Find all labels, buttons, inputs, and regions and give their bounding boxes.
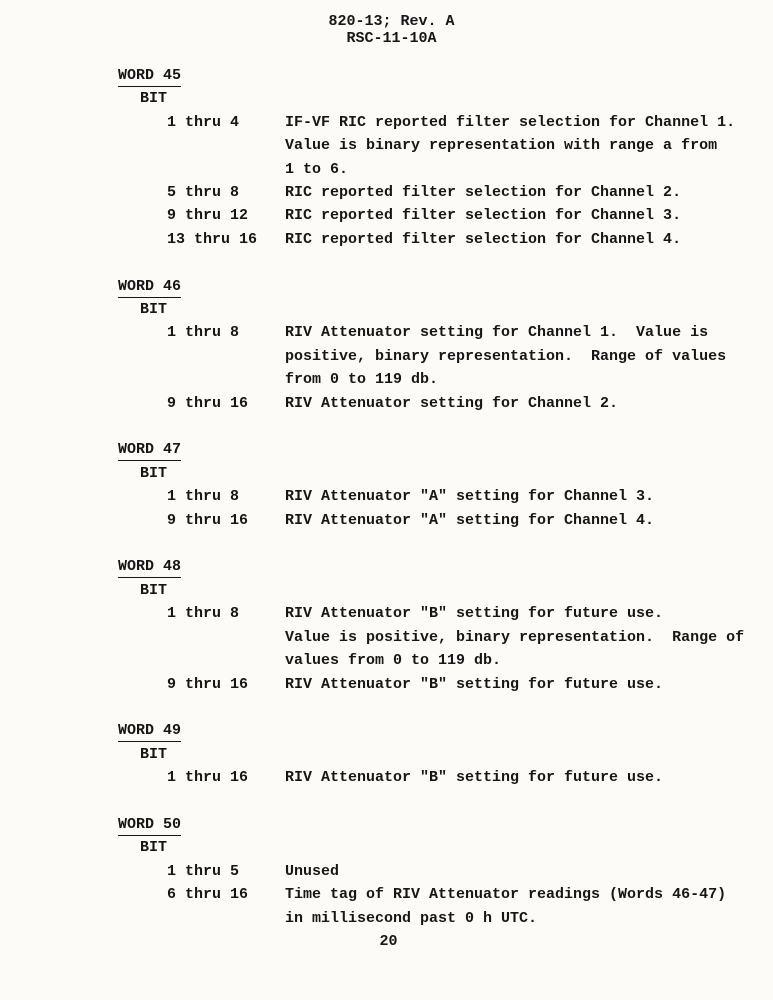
description-line: RIV Attenuator "A" setting for Channel 3… bbox=[285, 485, 773, 508]
description-line: Unused bbox=[285, 860, 773, 883]
word-heading: WORD 49 bbox=[118, 719, 773, 742]
section-word-49: WORD 49 BIT 1 thru 16 RIV Attenuator "B"… bbox=[118, 719, 773, 789]
description-line: RIV Attenuator "A" setting for Channel 4… bbox=[285, 509, 773, 532]
bit-description: Time tag of RIV Attenuator readings (Wor… bbox=[285, 883, 773, 930]
section-word-48: WORD 48 BIT 1 thru 8 RIV Attenuator "B" … bbox=[118, 555, 773, 695]
word-heading-text: WORD 46 bbox=[118, 276, 181, 298]
bit-description: RIV Attenuator "B" setting for future us… bbox=[285, 673, 773, 696]
bit-range: 1 thru 8 bbox=[167, 485, 285, 508]
bit-entry: 1 thru 8 RIV Attenuator setting for Chan… bbox=[167, 321, 773, 391]
bit-entry: 9 thru 16 RIV Attenuator "B" setting for… bbox=[167, 673, 773, 696]
section-word-46: WORD 46 BIT 1 thru 8 RIV Attenuator sett… bbox=[118, 275, 773, 415]
bit-description: RIV Attenuator setting for Channel 1. Va… bbox=[285, 321, 773, 391]
bit-range: 6 thru 16 bbox=[167, 883, 285, 930]
bit-entry: 9 thru 12 RIC reported filter selection … bbox=[167, 204, 773, 227]
bit-range: 1 thru 8 bbox=[167, 321, 285, 391]
bit-description: RIV Attenuator "B" setting for future us… bbox=[285, 766, 773, 789]
section-word-45: WORD 45 BIT 1 thru 4 IF-VF RIC reported … bbox=[118, 64, 773, 251]
bit-description: RIC reported filter selection for Channe… bbox=[285, 228, 773, 251]
word-heading-text: WORD 49 bbox=[118, 720, 181, 742]
word-heading-text: WORD 45 bbox=[118, 65, 181, 87]
word-heading: WORD 46 bbox=[118, 275, 773, 298]
description-line: values from 0 to 119 db. bbox=[285, 649, 773, 672]
bit-entry: 13 thru 16 RIC reported filter selection… bbox=[167, 228, 773, 251]
bit-description: IF-VF RIC reported filter selection for … bbox=[285, 111, 773, 181]
description-line: RIV Attenuator "B" setting for future us… bbox=[285, 673, 773, 696]
bit-entry: 6 thru 16 Time tag of RIV Attenuator rea… bbox=[167, 883, 773, 930]
description-line: RIV Attenuator setting for Channel 1. Va… bbox=[285, 321, 773, 344]
bit-description: RIV Attenuator "A" setting for Channel 4… bbox=[285, 509, 773, 532]
word-heading-text: WORD 48 bbox=[118, 556, 181, 578]
description-line: Value is binary representation with rang… bbox=[285, 134, 773, 157]
bit-range: 9 thru 16 bbox=[167, 392, 285, 415]
bit-entry: 1 thru 5 Unused bbox=[167, 860, 773, 883]
word-heading: WORD 50 bbox=[118, 813, 773, 836]
bit-label: BIT bbox=[140, 836, 773, 859]
word-heading: WORD 47 bbox=[118, 438, 773, 461]
bit-description: RIC reported filter selection for Channe… bbox=[285, 204, 773, 227]
bit-entry: 1 thru 8 RIV Attenuator "B" setting for … bbox=[167, 602, 773, 672]
page-number: 20 bbox=[0, 930, 773, 953]
bit-range: 1 thru 4 bbox=[167, 111, 285, 181]
description-line: RIC reported filter selection for Channe… bbox=[285, 204, 773, 227]
description-line: positive, binary representation. Range o… bbox=[285, 345, 773, 368]
description-line: RIC reported filter selection for Channe… bbox=[285, 181, 773, 204]
bit-range: 9 thru 16 bbox=[167, 673, 285, 696]
bit-description: RIV Attenuator "B" setting for future us… bbox=[285, 602, 773, 672]
bit-label: BIT bbox=[140, 579, 773, 602]
description-line: RIC reported filter selection for Channe… bbox=[285, 228, 773, 251]
bit-description: RIV Attenuator "A" setting for Channel 3… bbox=[285, 485, 773, 508]
bit-range: 9 thru 12 bbox=[167, 204, 285, 227]
word-heading: WORD 48 bbox=[118, 555, 773, 578]
description-line: 1 to 6. bbox=[285, 158, 773, 181]
description-line: Value is positive, binary representation… bbox=[285, 626, 773, 649]
bit-label: BIT bbox=[140, 743, 773, 766]
bit-range: 5 thru 8 bbox=[167, 181, 285, 204]
document-header: 820-13; Rev. A RSC-11-10A bbox=[0, 0, 773, 47]
description-line: in millisecond past 0 h UTC. bbox=[285, 907, 773, 930]
bit-range: 9 thru 16 bbox=[167, 509, 285, 532]
description-line: RIV Attenuator setting for Channel 2. bbox=[285, 392, 773, 415]
bit-description: RIC reported filter selection for Channe… bbox=[285, 181, 773, 204]
bit-entry: 1 thru 16 RIV Attenuator "B" setting for… bbox=[167, 766, 773, 789]
section-word-50: WORD 50 BIT 1 thru 5 Unused 6 thru 16 Ti… bbox=[118, 813, 773, 930]
header-line-2: RSC-11-10A bbox=[10, 30, 773, 47]
word-heading: WORD 45 bbox=[118, 64, 773, 87]
bit-entry: 5 thru 8 RIC reported filter selection f… bbox=[167, 181, 773, 204]
word-heading-text: WORD 47 bbox=[118, 439, 181, 461]
bit-description: RIV Attenuator setting for Channel 2. bbox=[285, 392, 773, 415]
bit-label: BIT bbox=[140, 298, 773, 321]
bit-range: 1 thru 16 bbox=[167, 766, 285, 789]
bit-entry: 9 thru 16 RIV Attenuator "A" setting for… bbox=[167, 509, 773, 532]
header-line-1: 820-13; Rev. A bbox=[10, 13, 773, 30]
description-line: IF-VF RIC reported filter selection for … bbox=[285, 111, 773, 134]
section-word-47: WORD 47 BIT 1 thru 8 RIV Attenuator "A" … bbox=[118, 438, 773, 532]
bit-label: BIT bbox=[140, 462, 773, 485]
description-line: RIV Attenuator "B" setting for future us… bbox=[285, 602, 773, 625]
bit-range: 1 thru 8 bbox=[167, 602, 285, 672]
bit-range: 13 thru 16 bbox=[167, 228, 285, 251]
description-line: Time tag of RIV Attenuator readings (Wor… bbox=[285, 883, 773, 906]
bit-entry: 9 thru 16 RIV Attenuator setting for Cha… bbox=[167, 392, 773, 415]
bit-description: Unused bbox=[285, 860, 773, 883]
bit-entry: 1 thru 8 RIV Attenuator "A" setting for … bbox=[167, 485, 773, 508]
description-line: from 0 to 119 db. bbox=[285, 368, 773, 391]
description-line: RIV Attenuator "B" setting for future us… bbox=[285, 766, 773, 789]
bit-range: 1 thru 5 bbox=[167, 860, 285, 883]
word-heading-text: WORD 50 bbox=[118, 814, 181, 836]
bit-entry: 1 thru 4 IF-VF RIC reported filter selec… bbox=[167, 111, 773, 181]
bit-label: BIT bbox=[140, 87, 773, 110]
